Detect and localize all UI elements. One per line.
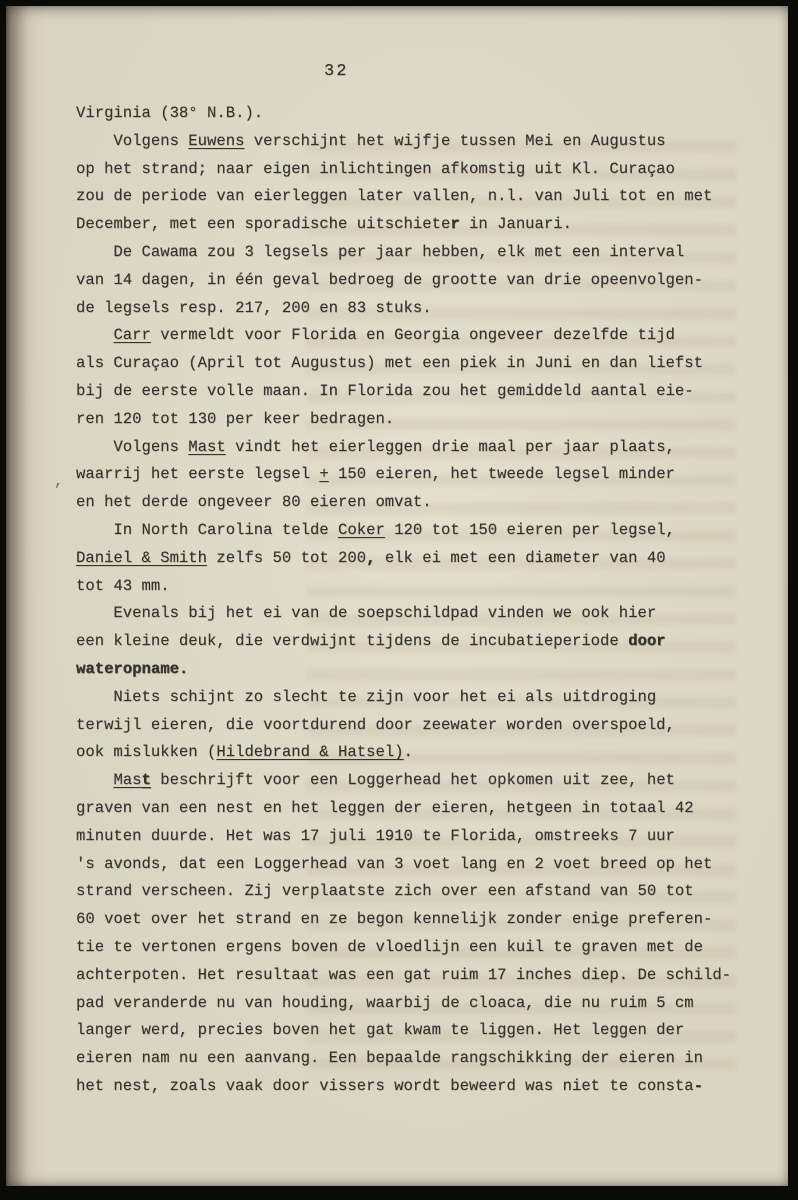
text-line: ren 120 tot 130 per keer bedragen. bbox=[76, 406, 756, 434]
text-line: De Cawama zou 3 legsels per jaar hebben,… bbox=[76, 239, 756, 267]
text-line: bij de eerste volle maan. In Florida zou… bbox=[76, 378, 756, 406]
page-number: 32 bbox=[324, 62, 348, 81]
text-line: minuten duurde. Het was 17 juli 1910 te … bbox=[76, 823, 756, 851]
text-line: Mast beschrijft voor een Loggerhead het … bbox=[76, 767, 756, 795]
text-line: Daniel & Smith zelfs 50 tot 200, elk ei … bbox=[76, 545, 756, 573]
document-page: 32 , Virginia (38° N.B.). Volgens Euwens… bbox=[6, 6, 788, 1186]
text-line: langer werd, precies boven het gat kwam … bbox=[76, 1017, 756, 1045]
text-line: graven van een nest en het leggen der ei… bbox=[76, 795, 756, 823]
text-line: van 14 dagen, in één geval bedroeg de gr… bbox=[76, 267, 756, 295]
text-line: als Curaçao (April tot Augustus) met een… bbox=[76, 350, 756, 378]
text-line: waarrij het eerste legsel + 150 eieren, … bbox=[76, 461, 756, 489]
text-line: tie te vertonen ergens boven de vloedlij… bbox=[76, 934, 756, 962]
text-line: wateropname. bbox=[76, 656, 756, 684]
text-line: Niets schijnt zo slecht te zijn voor het… bbox=[76, 684, 756, 712]
text-line: Volgens Mast vindt het eierleggen drie m… bbox=[76, 434, 756, 462]
text-line: achterpoten. Het resultaat was een gat r… bbox=[76, 962, 756, 990]
text-line: zou de periode van eierleggen later vall… bbox=[76, 183, 756, 211]
stray-comma: , bbox=[54, 468, 63, 496]
text-lines: Virginia (38° N.B.). Volgens Euwens vers… bbox=[76, 100, 756, 1101]
text-line: een kleine deuk, die verdwijnt tijdens d… bbox=[76, 628, 756, 656]
text-line: tot 43 mm. bbox=[76, 573, 756, 601]
text-line: de legsels resp. 217, 200 en 83 stuks. bbox=[76, 295, 756, 323]
photo-frame: 32 , Virginia (38° N.B.). Volgens Euwens… bbox=[0, 0, 798, 1200]
text-line: strand verscheen. Zij verplaatste zich o… bbox=[76, 878, 756, 906]
text-line: In North Carolina telde Coker 120 tot 15… bbox=[76, 517, 756, 545]
text-line: Virginia (38° N.B.). bbox=[76, 100, 756, 128]
text-line: Volgens Euwens verschijnt het wijfje tus… bbox=[76, 128, 756, 156]
text-line: pad veranderde nu van houding, waarbij d… bbox=[76, 990, 756, 1018]
text-line: het nest, zoals vaak door vissers wordt … bbox=[76, 1073, 756, 1101]
text-line: eieren nam nu een aanvang. Een bepaalde … bbox=[76, 1045, 756, 1073]
text-line: 's avonds, dat een Loggerhead van 3 voet… bbox=[76, 851, 756, 879]
text-line: en het derde ongeveer 80 eieren omvat. bbox=[76, 489, 756, 517]
text-line: op het strand; naar eigen inlichtingen a… bbox=[76, 156, 756, 184]
text-line: ook mislukken (Hildebrand & Hatsel). bbox=[76, 739, 756, 767]
text-line: December, met een sporadische uitschiete… bbox=[76, 211, 756, 239]
text-line: 60 voet over het strand en ze begon kenn… bbox=[76, 906, 756, 934]
text-line: Carr vermeldt voor Florida en Georgia on… bbox=[76, 322, 756, 350]
text-line: Evenals bij het ei van de soepschildpad … bbox=[76, 600, 756, 628]
text-line: terwijl eieren, die voortdurend door zee… bbox=[76, 712, 756, 740]
